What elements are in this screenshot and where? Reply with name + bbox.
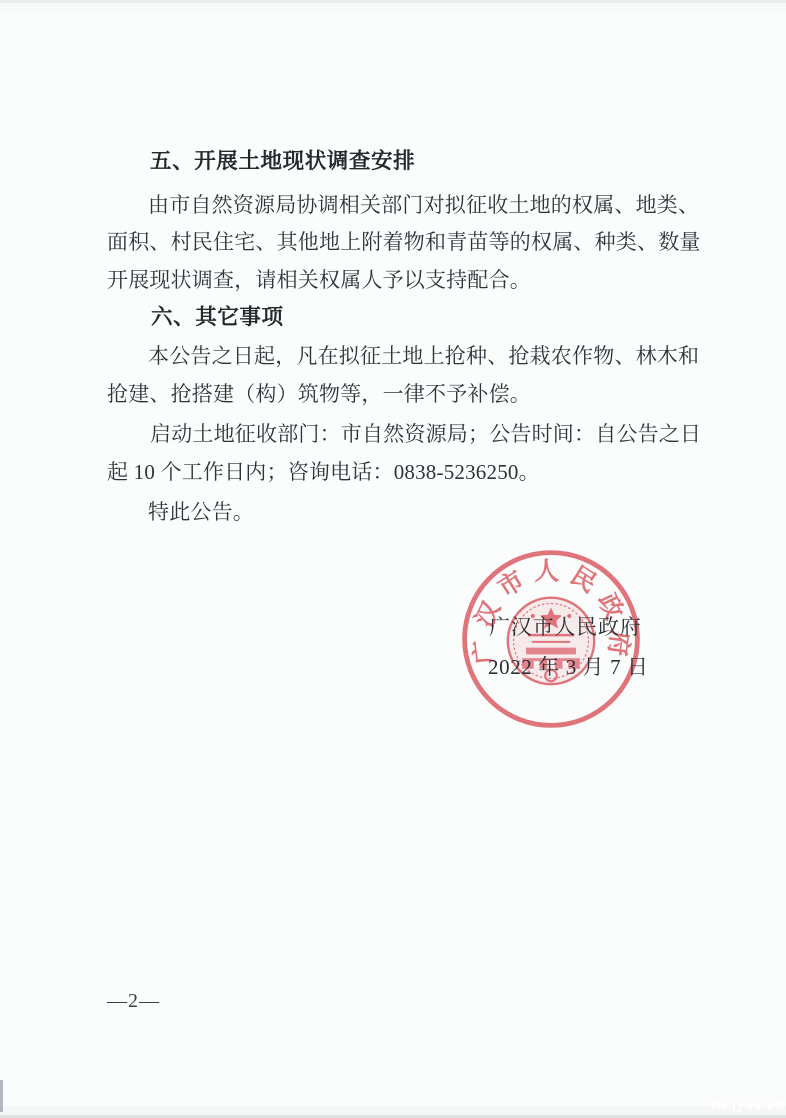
- section-six-line: 本公告之日起，凡在拟征土地上抢种、抢栽农作物、林木和: [148, 343, 699, 369]
- section-five-line: 开展现状调查，请相关权属人予以支持配合。: [107, 267, 531, 293]
- section-six-heading: 六、其它事项: [151, 304, 284, 330]
- page-number: —2—: [107, 990, 160, 1013]
- announcement-page: 五、开展土地现状调查安排 由市自然资源局协调相关部门对拟征收土地的权属、地类、 …: [0, 0, 786, 1118]
- scan-artifact: [0, 1080, 3, 1112]
- closing-line: 特此公告。: [148, 499, 254, 525]
- section-six-line: 抢建、抢搭建（构）筑物等，一律不予补偿。: [107, 381, 531, 407]
- issue-date: 2022 年 3 月 7 日: [488, 654, 649, 680]
- scan-strip-top: [0, 3, 786, 13]
- section-five-heading: 五、开展土地现状调查安排: [150, 148, 415, 174]
- issuer-signature: 广汉市人民政府: [489, 614, 642, 640]
- section-six-line: 起 10 个工作日内；咨询电话：0838-5236250。: [107, 459, 540, 485]
- section-five-line: 面积、村民住宅、其他地上附着物和青苗等的权属、种类、数量: [107, 229, 701, 255]
- section-five-line: 由市自然资源局协调相关部门对拟征收土地的权属、地类、: [148, 192, 699, 218]
- watermark: nz.jysu.co: [711, 1096, 784, 1112]
- section-six-line: 启动土地征收部门：市自然资源局；公告时间：自公告之日: [150, 421, 701, 447]
